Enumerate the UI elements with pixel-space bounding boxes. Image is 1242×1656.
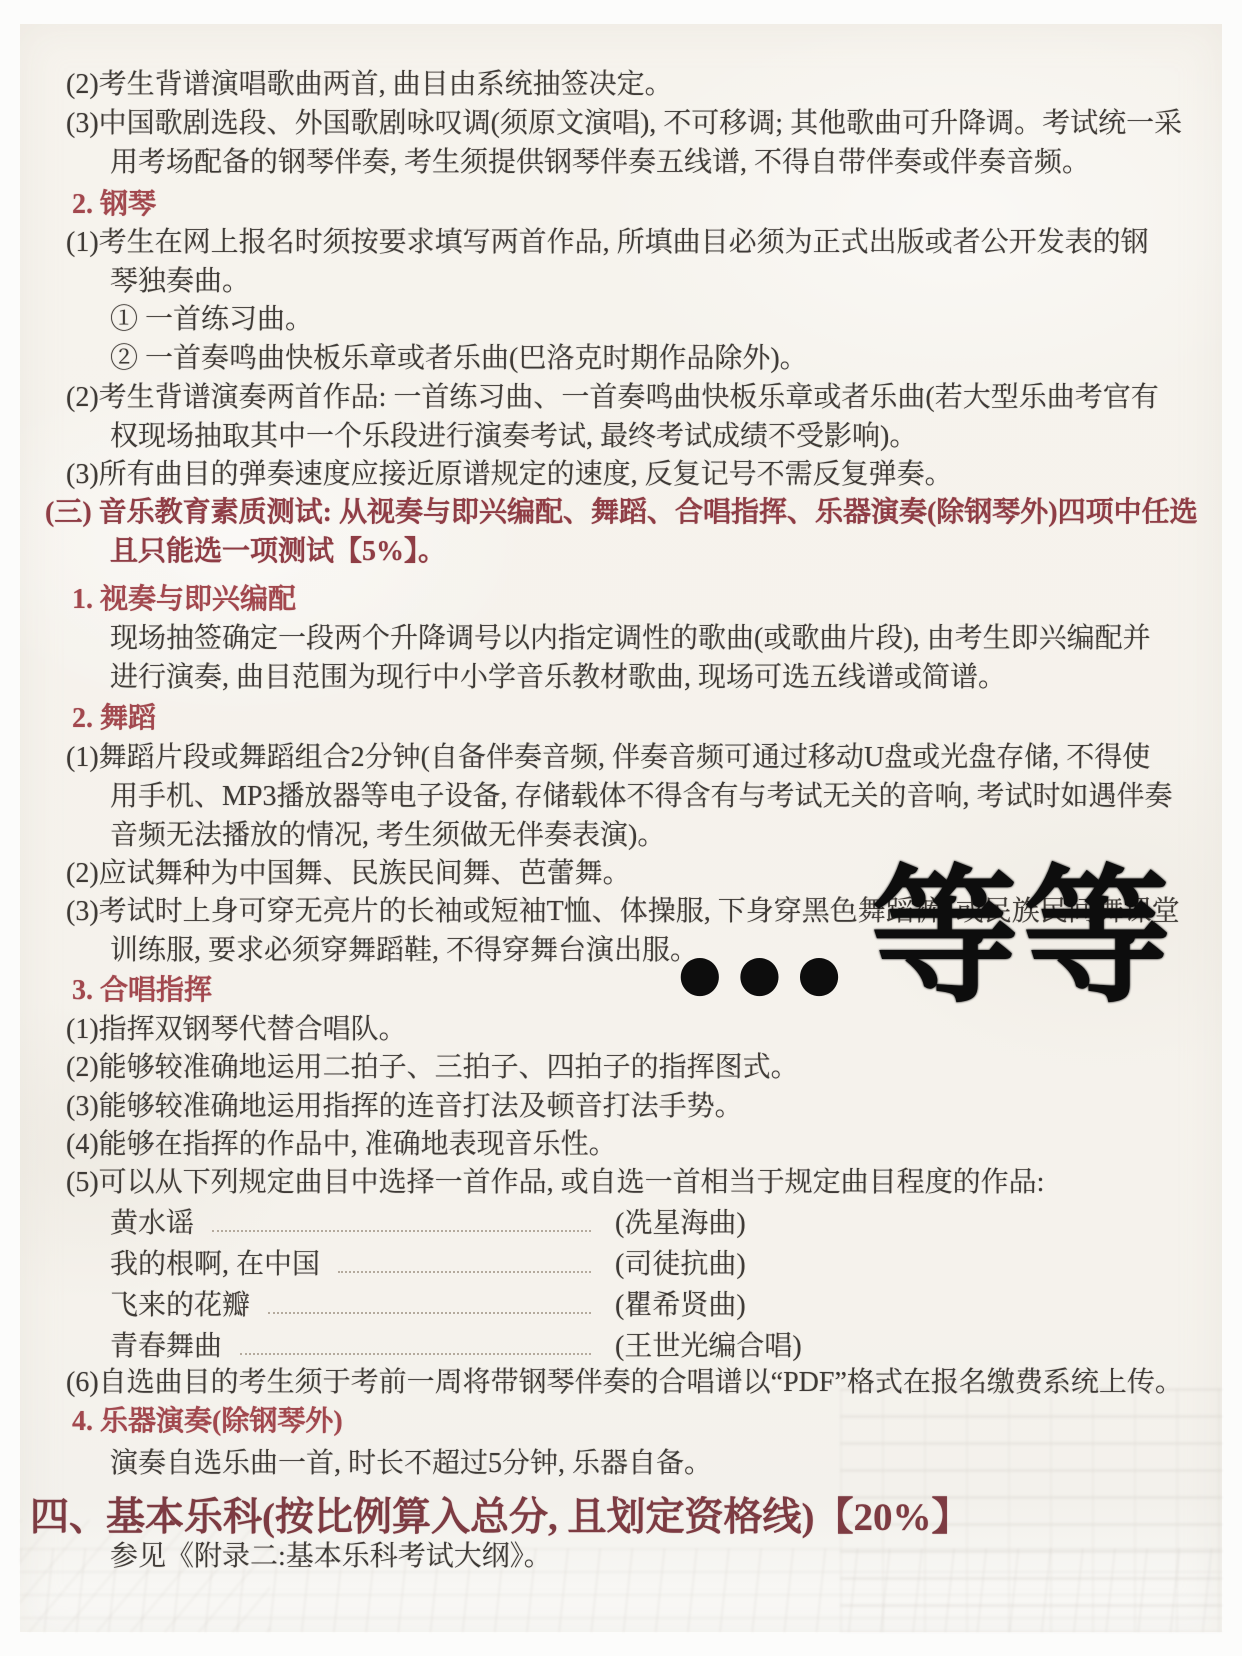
chapter-number: 四、 — [30, 1486, 106, 1542]
song-name: 我的根啊, 在中国 — [110, 1242, 320, 1282]
doc-line: 训练服, 要求必须穿舞蹈鞋, 不得穿舞台演出服。 — [110, 934, 698, 968]
song-composer: (冼星海曲) — [615, 1201, 885, 1241]
doc-line: 音频无法播放的情况, 考生须做无伴奏表演)。 — [110, 819, 665, 853]
doc-line: (1)舞蹈片段或舞蹈组合2分钟(自备伴奏音频, 伴奏音频可通过移动U盘或光盘存储… — [66, 741, 1150, 775]
doc-line: (2)考生背谱演唱歌曲两首, 曲目由系统抽签决定。 — [66, 68, 673, 102]
doc-line: (2)能够较准确地运用二拍子、三拍子、四拍子的指挥图式。 — [66, 1051, 799, 1085]
doc-line: (3)考试时上身可穿无亮片的长袖或短袖T恤、体操服, 下身穿黑色舞蹈裤, 或民族… — [66, 895, 1180, 929]
doc-line: 权现场抽取其中一个乐段进行演奏考试, 最终考试成绩不受影响)。 — [110, 420, 917, 454]
song-composer: (瞿希贤曲) — [615, 1283, 885, 1323]
doc-line: (3)能够较准确地运用指挥的连音打法及顿音打法手势。 — [66, 1090, 743, 1124]
doc-line: (5)可以从下列规定曲目中选择一首作品, 或自选一首相当于规定曲目程度的作品: — [66, 1166, 1044, 1200]
doc-line: (3)所有曲目的弹奏速度应接近原谱规定的速度, 反复记号不需反复弹奏。 — [66, 458, 953, 492]
section-heading-quality-test: 且只能选一项测试【5%】。 — [110, 535, 446, 569]
subheading-sightreading: 1. 视奏与即兴编配 — [72, 583, 296, 617]
doc-line: (1)考生在网上报名时须按要求填写两首作品, 所填曲目必须为正式出版或者公开发表… — [66, 226, 1149, 260]
doc-line: 现场抽签确定一段两个升降调号以内指定调性的歌曲(或歌曲片段), 由考生即兴编配并 — [110, 622, 1151, 656]
chapter-title-text: 基本乐科(按比例算入总分, 且划定资格线)【20%】 — [106, 1496, 970, 1539]
doc-line: (6)自选曲目的考生须于考前一周将带钢琴伴奏的合唱谱以“PDF”格式在报名缴费系… — [66, 1366, 1183, 1400]
dotted-leader — [268, 1312, 591, 1314]
doc-line: (4)能够在指挥的作品中, 准确地表现音乐性。 — [66, 1128, 617, 1162]
song-row: 飞来的花瓣 (瞿希贤曲) — [110, 1285, 885, 1323]
doc-line: (2)应试舞种为中国舞、民族民间舞、芭蕾舞。 — [66, 857, 631, 891]
doc-line: 用手机、MP3播放器等电子设备, 存储载体不得含有与考试无关的音响, 考试时如遇… — [110, 780, 1172, 814]
doc-line: (1)指挥双钢琴代替合唱队。 — [66, 1013, 407, 1047]
dotted-leader — [212, 1230, 591, 1232]
doc-line: 琴独奏曲。 — [110, 265, 250, 299]
doc-line: ① 一首练习曲。 — [110, 303, 313, 337]
song-composer: (王世光编合唱) — [615, 1324, 885, 1364]
song-composer: (司徒抗曲) — [615, 1242, 885, 1282]
doc-line: 进行演奏, 曲目范围为现行中小学音乐教材歌曲, 现场可选五线谱或简谱。 — [110, 661, 1006, 695]
dotted-leader — [338, 1271, 591, 1273]
song-name: 青春舞曲 — [110, 1324, 222, 1364]
song-row: 青春舞曲 (王世光编合唱) — [110, 1326, 885, 1364]
section-heading-quality-test: (三) 音乐教育素质测试: 从视奏与即兴编配、舞蹈、合唱指挥、乐器演奏(除钢琴外… — [45, 496, 1198, 530]
doc-line: 演奏自选乐曲一首, 时长不超过5分钟, 乐器自备。 — [110, 1447, 712, 1481]
doc-line: (2)考生背谱演奏两首作品: 一首练习曲、一首奏鸣曲快板乐章或者乐曲(若大型乐曲… — [66, 381, 1159, 415]
subheading-dance: 2. 舞蹈 — [72, 702, 156, 736]
doc-line: ② 一首奏鸣曲快板乐章或者乐曲(巴洛克时期作品除外)。 — [110, 342, 808, 376]
song-name: 黄水谣 — [110, 1201, 194, 1241]
chapter-title-basic-music-theory: 四、基本乐科(按比例算入总分, 且划定资格线)【20%】 — [30, 1486, 970, 1542]
subheading-choral-conducting: 3. 合唱指挥 — [72, 974, 212, 1008]
footer-note: 参见《附录二:基本乐科考试大纲》。 — [110, 1540, 552, 1574]
subheading-piano: 2. 钢琴 — [72, 188, 156, 222]
dotted-leader — [240, 1353, 591, 1355]
subheading-instrument-performance: 4. 乐器演奏(除钢琴外) — [72, 1405, 343, 1439]
song-row: 黄水谣 (冼星海曲) — [110, 1203, 885, 1241]
doc-line: 用考场配备的钢琴伴奏, 考生须提供钢琴伴奏五线谱, 不得自带伴奏或伴奏音频。 — [110, 146, 1090, 180]
song-name: 飞来的花瓣 — [110, 1283, 250, 1323]
song-row: 我的根啊, 在中国 (司徒抗曲) — [110, 1244, 885, 1282]
doc-line: (3)中国歌剧选段、外国歌剧咏叹调(须原文演唱), 不可移调; 其他歌曲可升降调… — [66, 107, 1182, 141]
